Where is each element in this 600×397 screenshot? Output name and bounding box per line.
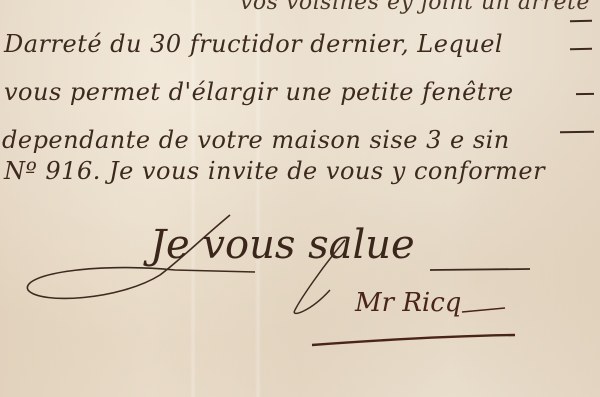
signature: Mr Ricq: [355, 288, 461, 318]
pen-flourish: [0, 0, 600, 397]
closing-salutation: Je vous salue: [150, 222, 415, 268]
